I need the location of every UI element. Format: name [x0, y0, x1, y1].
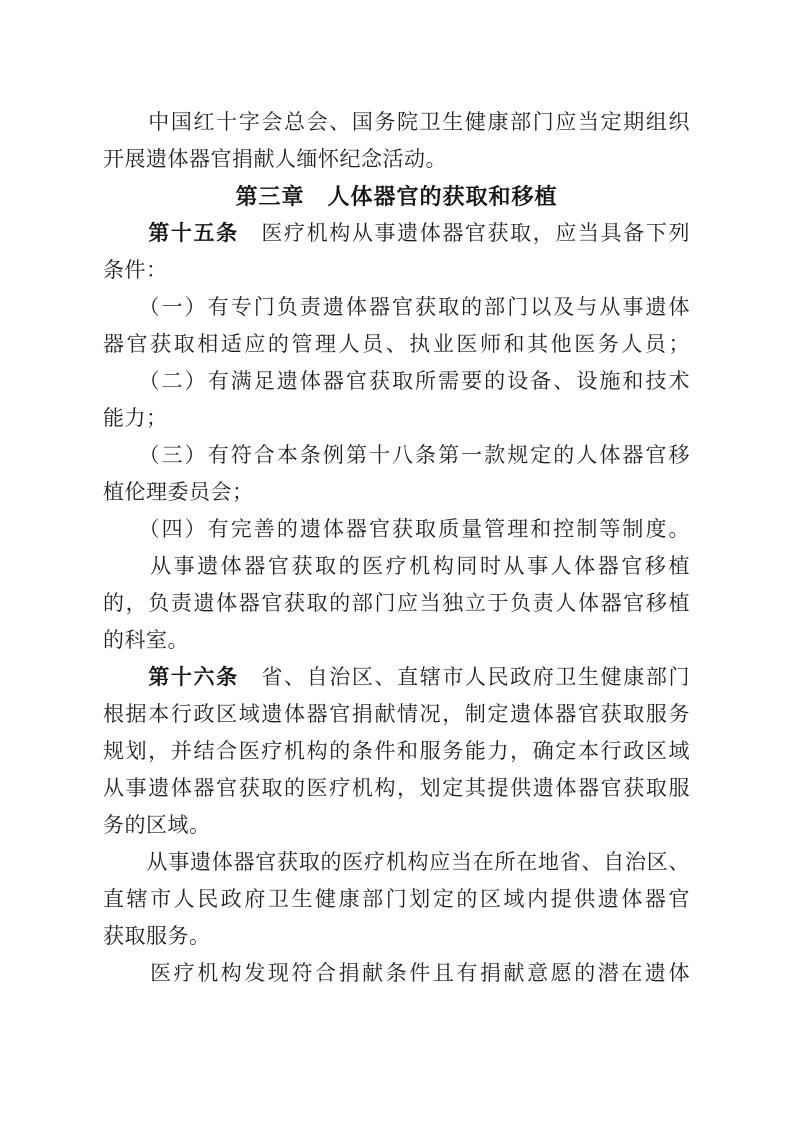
text-segment: （四）有完善的遗体器官获取质量管理和控制等制度。 [103, 517, 690, 541]
text-segment: 的科室。 [103, 628, 189, 652]
text-segment: 条件： [103, 258, 168, 282]
document-line: 的科室。 [103, 622, 690, 659]
document-line: 第十五条 医疗机构从事遗体器官获取，应当具备下列 [103, 215, 690, 252]
article-label: 第十六条 [148, 665, 238, 689]
text-segment: 植伦理委员会； [103, 480, 254, 504]
document-line: 条件： [103, 252, 690, 289]
document-line: 开展遗体器官捐献人缅怀纪念活动。 [103, 141, 690, 178]
document-line: 能力； [103, 400, 690, 437]
document-line: 第十六条 省、自治区、直辖市人民政府卫生健康部门 [103, 659, 690, 696]
text-segment: 规划，并结合医疗机构的条件和服务能力，确定本行政区域 [103, 739, 690, 763]
text-segment: 务的区域。 [103, 813, 211, 837]
article-label: 第十五条 [148, 221, 238, 245]
text-segment [103, 221, 148, 245]
document-line: 获取服务。 [103, 918, 690, 955]
text-segment: 获取服务。 [103, 924, 211, 948]
text-segment: （二）有满足遗体器官获取所需要的设备、设施和技术 [103, 369, 690, 393]
document-line: 器官获取相适应的管理人员、执业医师和其他医务人员； [103, 326, 690, 363]
document-line: 从事遗体器官获取的医疗机构，划定其提供遗体器官获取服 [103, 770, 690, 807]
document-line: （二）有满足遗体器官获取所需要的设备、设施和技术 [103, 363, 690, 400]
text-segment: 根据本行政区域遗体器官捐献情况，制定遗体器官获取服务 [103, 702, 690, 726]
document-line: 从事遗体器官获取的医疗机构同时从事人体器官移植 [103, 548, 690, 585]
text-segment: 从事遗体器官获取的医疗机构同时从事人体器官移植 [103, 554, 690, 578]
document-line: 植伦理委员会； [103, 474, 690, 511]
document-line: （四）有完善的遗体器官获取质量管理和控制等制度。 [103, 511, 690, 548]
text-segment: 直辖市人民政府卫生健康部门划定的区域内提供遗体器官 [103, 887, 690, 911]
text-segment: （三）有符合本条例第十八条第一款规定的人体器官移 [103, 443, 690, 467]
document-line: 从事遗体器官获取的医疗机构应当在所在地省、自治区、 [103, 844, 690, 881]
chapter-heading: 第三章 人体器官的获取和移植 [103, 178, 690, 215]
document-line: 的，负责遗体器官获取的部门应当独立于负责人体器官移植 [103, 585, 690, 622]
document-line: 务的区域。 [103, 807, 690, 844]
text-segment: 开展遗体器官捐献人缅怀纪念活动。 [103, 147, 447, 171]
document-line: 规划，并结合医疗机构的条件和服务能力，确定本行政区域 [103, 733, 690, 770]
text-segment: 能力； [103, 406, 168, 430]
document-line: 医疗机构发现符合捐献条件且有捐献意愿的潜在遗体 [103, 955, 690, 992]
document-line: 中国红十字会总会、国务院卫生健康部门应当定期组织 [103, 104, 690, 141]
document-page: 中国红十字会总会、国务院卫生健康部门应当定期组织开展遗体器官捐献人缅怀纪念活动。… [0, 0, 793, 1122]
text-segment [103, 665, 148, 689]
text-segment: 医疗机构从事遗体器官获取，应当具备下列 [239, 221, 690, 245]
document-line: 直辖市人民政府卫生健康部门划定的区域内提供遗体器官 [103, 881, 690, 918]
document-line: 根据本行政区域遗体器官捐献情况，制定遗体器官获取服务 [103, 696, 690, 733]
text-segment: 医疗机构发现符合捐献条件且有捐献意愿的潜在遗体 [103, 961, 690, 985]
text-segment: 器官获取相适应的管理人员、执业医师和其他医务人员； [103, 332, 690, 356]
article-label: 第三章 人体器官的获取和移植 [235, 184, 557, 209]
text-segment: 的，负责遗体器官获取的部门应当独立于负责人体器官移植 [103, 591, 690, 615]
document-line: （三）有符合本条例第十八条第一款规定的人体器官移 [103, 437, 690, 474]
document-line: （一）有专门负责遗体器官获取的部门以及与从事遗体 [103, 289, 690, 326]
document-text-block: 中国红十字会总会、国务院卫生健康部门应当定期组织开展遗体器官捐献人缅怀纪念活动。… [103, 104, 690, 992]
text-segment: 从事遗体器官获取的医疗机构，划定其提供遗体器官获取服 [103, 776, 690, 800]
text-segment: 中国红十字会总会、国务院卫生健康部门应当定期组织 [103, 110, 690, 134]
text-segment: 从事遗体器官获取的医疗机构应当在所在地省、自治区、 [103, 850, 690, 874]
text-segment: （一）有专门负责遗体器官获取的部门以及与从事遗体 [103, 295, 690, 319]
text-segment: 省、自治区、直辖市人民政府卫生健康部门 [239, 665, 690, 689]
